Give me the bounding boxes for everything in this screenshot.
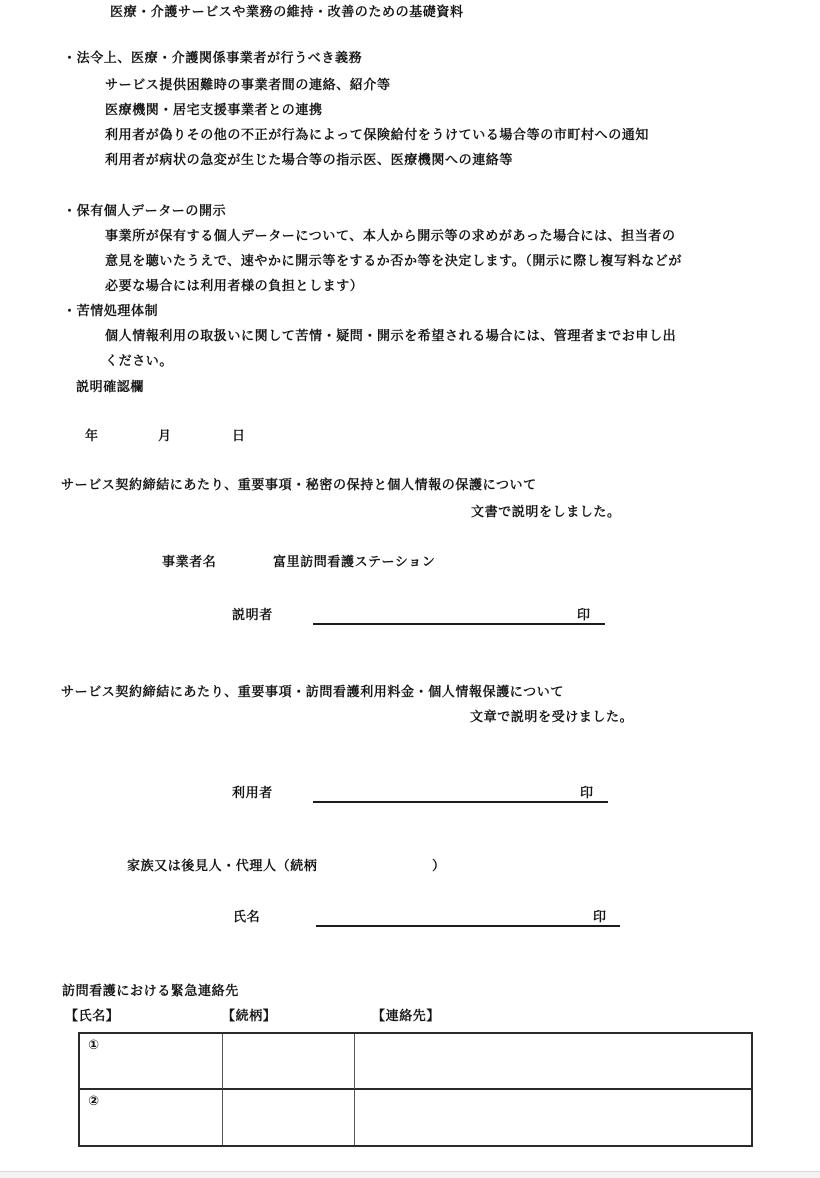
user-statement: 文章で説明を受けました。 bbox=[470, 711, 633, 726]
emergency-header-contact: 【連絡先】 bbox=[372, 1010, 440, 1025]
obligation-item: 利用者が病状の急変が生じた場合等の指示医、医療機関への連絡等 bbox=[105, 154, 513, 169]
complaints-heading: ・苦情処理体制 bbox=[63, 305, 158, 320]
emergency-title: 訪問看護における緊急連絡先 bbox=[62, 985, 239, 1000]
intro-line: 医療・介護サービスや業務の維持・改善のための基礎資料 bbox=[110, 6, 464, 21]
obligation-item: 医療機関・居宅支援事業者との連携 bbox=[105, 104, 323, 119]
emergency-row1-relation-cell bbox=[223, 1034, 355, 1090]
emergency-header-name: 【氏名】 bbox=[65, 1010, 119, 1025]
emergency-row2-number-cell: ② bbox=[80, 1090, 223, 1146]
date-year-label: 年 bbox=[85, 430, 99, 445]
user-label: 利用者 bbox=[232, 787, 273, 802]
family-paren-close: ） bbox=[432, 860, 446, 875]
user-signature-line bbox=[313, 801, 608, 803]
disclosure-line: 事業所が保有する個人データーについて、本人から開示等の求めがあった場合には、担当… bbox=[105, 230, 676, 245]
disclosure-line: 必要な場合には利用者様の負担とします） bbox=[105, 280, 363, 295]
disclosure-line: 意見を聴いたうえで、速やかに開示等をするか否か等を決定します。（開示に際し複写料… bbox=[105, 255, 682, 270]
complaints-line: ください。 bbox=[105, 355, 173, 370]
date-month-label: 月 bbox=[158, 430, 172, 445]
provider-name-label: 事業者名 bbox=[162, 556, 216, 571]
user-heading: サービス契約締結にあたり、重要事項・訪問看護利用料金・個人情報保護について bbox=[61, 686, 564, 701]
user-seal-label: 印 bbox=[580, 787, 594, 802]
explainer-seal-label: 印 bbox=[577, 609, 591, 624]
obligation-item: 利用者が偽りその他の不正が行為によって保険給付をうけている場合等の市町村への通知 bbox=[105, 129, 649, 144]
emergency-contacts-table: ① ② bbox=[78, 1032, 753, 1147]
family-name-seal-label: 印 bbox=[593, 911, 607, 926]
family-name-label: 氏名 bbox=[233, 911, 260, 926]
family-label: 家族又は後見人・代理人（続柄 bbox=[127, 860, 317, 875]
provider-heading: サービス契約締結にあたり、重要事項・秘密の保持と個人情報の保護について bbox=[61, 479, 537, 494]
explainer-label: 説明者 bbox=[232, 609, 273, 624]
complaints-line: 個人情報利用の取扱いに関して苦情・疑問・開示を希望される場合には、管理者までお申… bbox=[105, 330, 676, 345]
disclosure-heading: ・保有個人データーの開示 bbox=[63, 205, 226, 220]
provider-statement: 文書で説明をしました。 bbox=[471, 506, 621, 521]
emergency-row1-contact-cell bbox=[355, 1034, 751, 1090]
emergency-row2-relation-cell bbox=[223, 1090, 355, 1146]
confirmation-label: 説明確認欄 bbox=[76, 381, 144, 396]
provider-name-value: 富里訪問看護ステーション bbox=[273, 556, 435, 571]
emergency-row2-contact-cell bbox=[355, 1090, 751, 1146]
family-name-signature-line bbox=[316, 925, 620, 927]
obligations-heading: ・法令上、医療・介護関係事業者が行うべき義務 bbox=[63, 52, 362, 67]
document-page: 医療・介護サービスや業務の維持・改善のための基礎資料 ・法令上、医療・介護関係事… bbox=[0, 0, 820, 1178]
row-number: ② bbox=[88, 1094, 99, 1109]
emergency-header-relation: 【続柄】 bbox=[222, 1010, 276, 1025]
obligation-item: サービス提供困難時の事業者間の連絡、紹介等 bbox=[105, 79, 391, 94]
row-number: ① bbox=[88, 1038, 99, 1053]
page-separator bbox=[0, 1171, 820, 1178]
emergency-row1-number-cell: ① bbox=[80, 1034, 223, 1090]
date-day-label: 日 bbox=[232, 430, 246, 445]
explainer-signature-line bbox=[313, 623, 605, 625]
